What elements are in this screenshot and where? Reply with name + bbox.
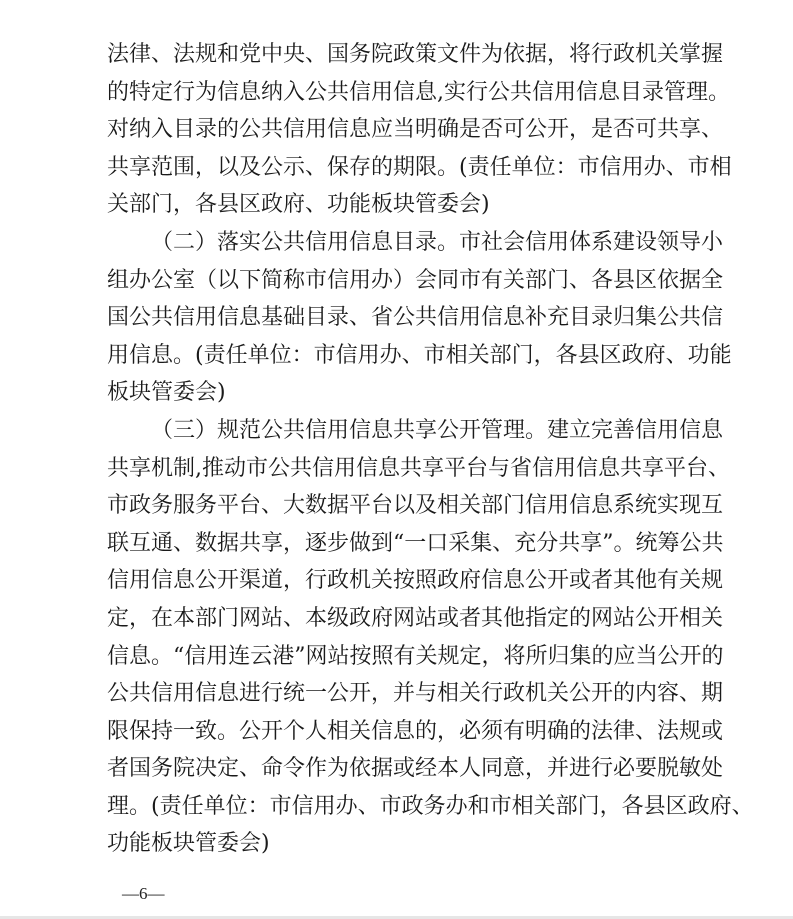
text-line: 共享机制,推动市公共信用信息共享平台与省信用信息共享平台、 bbox=[107, 450, 695, 488]
text-line: 对纳入目录的公共信用信息应当明确是否可公开，是否可共享、 bbox=[107, 111, 695, 149]
section-heading-line: （二）落实公共信用信息目录。市社会信用体系建设领导小 bbox=[107, 224, 695, 262]
text-line: 的特定行为信息纳入公共信用信息,实行公共信用信息目录管理。 bbox=[107, 74, 695, 112]
document-page: 法律、法规和党中央、国务院政策文件为依据，将行政机关掌握 的特定行为信息纳入公共… bbox=[0, 0, 793, 916]
text-line: 理。(责任单位：市信用办、市政务办和市相关部门，各县区政府、 bbox=[107, 788, 695, 826]
text-line: 组办公室（以下简称市信用办）会同市有关部门、各县区依据全 bbox=[107, 262, 695, 300]
text-line: 功能板块管委会) bbox=[107, 825, 695, 863]
text-line: 者国务院决定、命令作为依据或经本人同意，并进行必要脱敏处 bbox=[107, 750, 695, 788]
text-line: 信息。“信用连云港”网站按照有关规定，将所归集的应当公开的 bbox=[107, 638, 695, 676]
text-line: 定，在本部门网站、本级政府网站或者其他指定的网站公开相关 bbox=[107, 600, 695, 638]
text-line: 市政务服务平台、大数据平台以及相关部门信用信息系统实现互 bbox=[107, 487, 695, 525]
text-line: 关部门，各县区政府、功能板块管委会) bbox=[107, 186, 695, 224]
text-line: 法律、法规和党中央、国务院政策文件为依据，将行政机关掌握 bbox=[107, 36, 695, 74]
page-number: —6— bbox=[122, 884, 165, 904]
text-line: 联互通、数据共享，逐步做到“一口采集、充分共享”。统筹公共 bbox=[107, 525, 695, 563]
text-line: 国公共信用信息基础目录、省公共信用信息补充目录归集公共信 bbox=[107, 299, 695, 337]
text-line: 用信息。(责任单位：市信用办、市相关部门，各县区政府、功能 bbox=[107, 337, 695, 375]
text-line: 信用信息公开渠道，行政机关按照政府信息公开或者其他有关规 bbox=[107, 562, 695, 600]
text-line: 限保持一致。公开个人相关信息的，必须有明确的法律、法规或 bbox=[107, 713, 695, 751]
document-body: 法律、法规和党中央、国务院政策文件为依据，将行政机关掌握 的特定行为信息纳入公共… bbox=[107, 36, 695, 863]
text-line: 共享范围，以及公示、保存的期限。(责任单位：市信用办、市相 bbox=[107, 149, 695, 187]
section-heading-line: （三）规范公共信用信息共享公开管理。建立完善信用信息 bbox=[107, 412, 695, 450]
text-line: 公共信用信息进行统一公开，并与相关行政机关公开的内容、期 bbox=[107, 675, 695, 713]
text-line: 板块管委会) bbox=[107, 374, 695, 412]
